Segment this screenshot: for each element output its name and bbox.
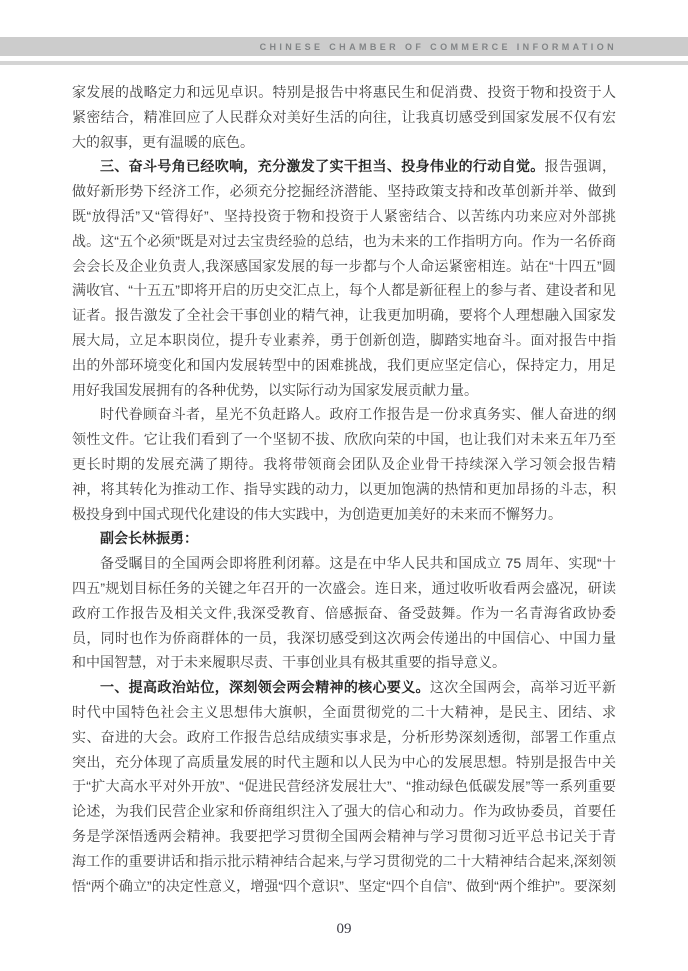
- speaker-name: 副会长林振勇：: [100, 530, 198, 546]
- header-rule: [0, 61, 688, 65]
- paragraph-closing: 时代眷顾奋斗者，星光不负赶路人。政府工作报告是一份求真务实、催人奋进的纲领性文件…: [72, 402, 616, 526]
- header-banner: CHINESE CHAMBER OF COMMERCE INFORMATION: [0, 37, 688, 56]
- paragraph-speaker-intro: 备受瞩目的全国两会即将胜利闭幕。这是在中华人民共和国成立 75 周年、实现“十四…: [72, 551, 616, 675]
- paragraph-text: 备受瞩目的全国两会即将胜利闭幕。这是在中华人民共和国成立 75 周年、实现“十四…: [72, 555, 616, 670]
- paragraph-section-one: 一、提高政治站位，深刻领会两会精神的核心要义。这次全国两会，高举习近平新时代中国…: [72, 675, 616, 902]
- document-page: CHINESE CHAMBER OF COMMERCE INFORMATION …: [0, 0, 688, 971]
- paragraph-lead: 一、提高政治站位，深刻领会两会精神的核心要义。: [100, 679, 430, 695]
- page-number: 09: [0, 921, 688, 938]
- paragraph-speaker-heading: 副会长林振勇：: [72, 526, 616, 551]
- paragraph-continuation: 家发展的战略定力和远见卓识。特别是报告中将惠民生和促消费、投资于物和投资于人紧密…: [72, 80, 616, 154]
- document-body: 家发展的战略定力和远见卓识。特别是报告中将惠民生和促消费、投资于物和投资于人紧密…: [72, 80, 616, 902]
- paragraph-text: 这次全国两会，高举习近平新时代中国特色社会主义思想伟大旗帜，全面贯彻党的二十大精…: [72, 679, 616, 902]
- paragraph-text: 家发展的战略定力和远见卓识。特别是报告中将惠民生和促消费、投资于物和投资于人紧密…: [72, 84, 616, 150]
- paragraph-lead: 三、奋斗号角已经吹响，充分激发了实干担当、投身伟业的行动自觉。: [100, 158, 545, 174]
- header-banner-text: CHINESE CHAMBER OF COMMERCE INFORMATION: [260, 42, 617, 52]
- paragraph-text: 时代眷顾奋斗者，星光不负赶路人。政府工作报告是一份求真务实、催人奋进的纲领性文件…: [72, 406, 616, 521]
- paragraph-text: 报告强调，做好新形势下经济工作，必须充分挖掘经济潜能、坚持政策支持和改革创新并举…: [72, 158, 616, 397]
- paragraph-section-three: 三、奋斗号角已经吹响，充分激发了实干担当、投身伟业的行动自觉。报告强调，做好新形…: [72, 154, 616, 402]
